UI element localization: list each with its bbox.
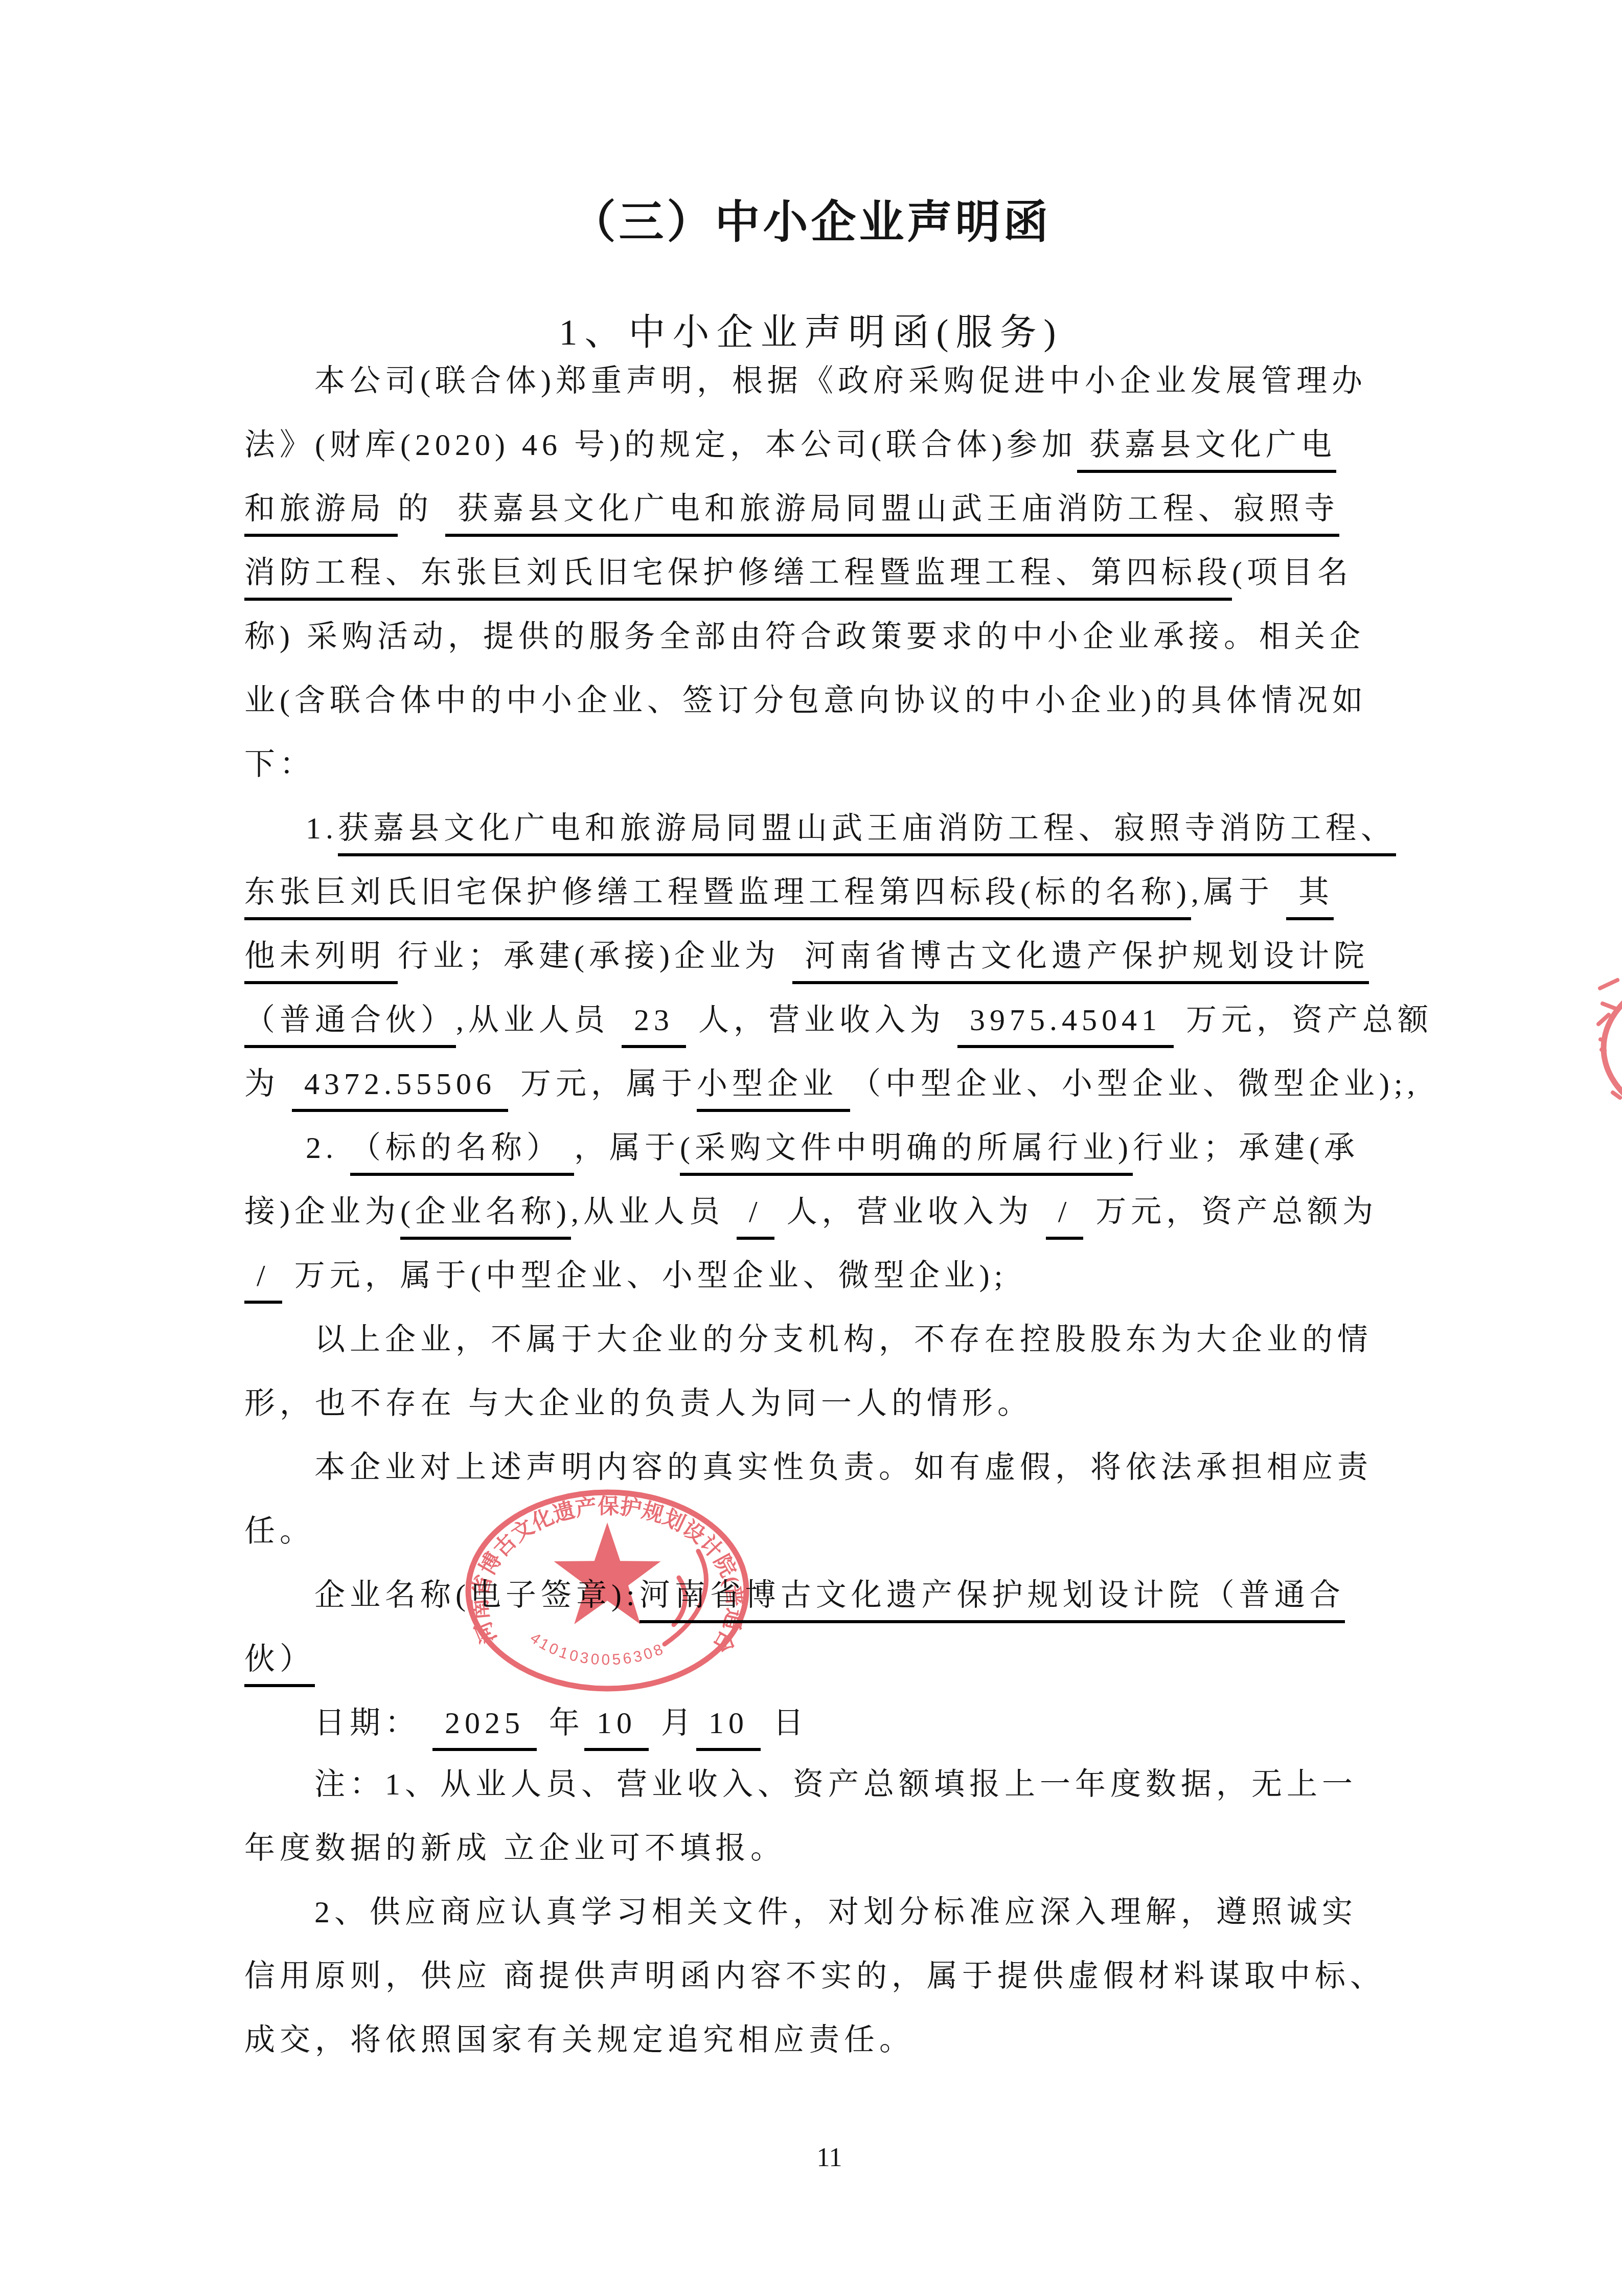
text-segment: 日	[761, 1706, 808, 1740]
text-segment: （中型企业、小型企业、微型企业);,	[850, 1067, 1420, 1101]
document-title: （三）中小企业声明函	[0, 200, 1622, 245]
seal-serial-text: 4101030056308	[527, 1629, 668, 1668]
text-segment: 年	[537, 1706, 584, 1740]
text-line: 注：1、从业人员、营业收入、资产总额填报上一年度数据，无上一	[314, 1769, 1357, 1800]
underlined-text: 2025	[432, 1706, 537, 1751]
text-segment: 本企业对上述声明内容的真实性负责。如有虚假，将依法承担相应责	[314, 1450, 1373, 1484]
text-segment: 注：1、从业人员、营业收入、资产总额填报上一年度数据，无上一	[314, 1767, 1357, 1801]
underlined-text: 伙）	[244, 1642, 315, 1687]
text-segment: 任。	[244, 1514, 315, 1548]
underlined-text: （标的名称）	[350, 1131, 574, 1176]
underlined-text: 东张巨刘氏旧宅保护修缮工程暨监理工程第四标段(标的名称)	[244, 875, 1191, 920]
text-line: / 万元，属于(中型企业、小型企业、微型企业);	[244, 1260, 1007, 1291]
svg-text:4101030056308: 4101030056308	[527, 1629, 668, 1668]
text-line: 成交，将依照国家有关规定追究相应责任。	[244, 2025, 915, 2055]
text-line: 伙）	[244, 1644, 315, 1674]
text-segment: ，属于	[574, 1131, 680, 1165]
page-number: 11	[0, 2145, 1622, 2171]
text-line: 日期： 2025 年 10 月 10 日	[314, 1708, 808, 1738]
underlined-text: /	[1046, 1195, 1084, 1240]
text-line: 为 4372.55506 万元，属于小型企业 （中型企业、小型企业、微型企业);…	[244, 1069, 1420, 1099]
partial-edge-seal	[1551, 964, 1622, 1135]
text-segment: 年度数据的新成 立企业可不填报。	[244, 1831, 786, 1865]
edge-seal-ring	[1604, 967, 1622, 1129]
text-line: 年度数据的新成 立企业可不填报。	[244, 1833, 786, 1863]
underlined-text: 获嘉县文化广电	[1077, 428, 1336, 473]
underlined-text: 获嘉县文化广电和旅游局同盟山武王庙消防工程、寂照寺	[445, 492, 1339, 537]
underlined-text: 其	[1286, 875, 1334, 920]
text-segment: 1、中小企业声明函(服务)	[559, 312, 1063, 353]
text-segment: 称) 采购活动，提供的服务全部由符合政策要求的中小企业承接。相关企	[244, 620, 1365, 653]
text-line: 业(含联合体中的中小企业、签订分包意向协议的中小企业)的具体情况如	[244, 685, 1367, 716]
text-line: 东张巨刘氏旧宅保护修缮工程暨监理工程第四标段(标的名称),属于 其	[244, 877, 1334, 907]
text-line: 消防工程、东张巨刘氏旧宅保护修缮工程暨监理工程、第四标段(项目名	[244, 557, 1353, 588]
underlined-text: (采购文件中明确的所属行业)	[680, 1131, 1133, 1176]
text-segment: 万元，属于	[508, 1067, 697, 1101]
text-segment: ,从业人员	[571, 1195, 737, 1229]
text-line: 2. （标的名称） ，属于(采购文件中明确的所属行业)行业；承建(承	[306, 1132, 1359, 1163]
text-line: 接)企业为(企业名称),从业人员 / 人，营业收入为 / 万元，资产总额为	[244, 1196, 1378, 1227]
text-line: 称) 采购活动，提供的服务全部由符合政策要求的中小企业承接。相关企	[244, 621, 1365, 652]
text-line: 任。	[244, 1516, 315, 1547]
text-line: 他未列明 行业；承建(承接)企业为 河南省博古文化遗产保护规划设计院	[244, 941, 1369, 971]
text-segment: 形，也不存在 与大企业的负责人为同一人的情形。	[244, 1386, 1033, 1420]
company-seal: 河南省博古文化遗产保护规划设计院(普通合伙) 4101030056308	[459, 1486, 756, 1695]
underlined-text: 3975.45041	[957, 1003, 1174, 1048]
underlined-text: 获嘉县文化广电和旅游局同盟山武王庙消防工程、寂照寺消防工程、	[338, 811, 1396, 856]
text-segment: (项目名	[1232, 556, 1353, 589]
text-segment: 日期：	[314, 1706, 432, 1740]
text-line: 1.获嘉县文化广电和旅游局同盟山武王庙消防工程、寂照寺消防工程、	[306, 813, 1396, 844]
text-line: 以上企业，不属于大企业的分支机构，不存在控股股东为大企业的情	[314, 1324, 1373, 1355]
underlined-text: 消防工程、东张巨刘氏旧宅保护修缮工程暨监理工程、第四标段	[244, 556, 1232, 601]
text-segment: 万元，资产总额为	[1083, 1195, 1378, 1229]
text-line: 法》(财库(2020) 46 号)的规定，本公司(联合体)参加 获嘉县文化广电	[244, 429, 1336, 460]
underlined-text: 10	[696, 1706, 761, 1751]
text-segment: 法》(财库(2020) 46 号)的规定，本公司(联合体)参加	[244, 428, 1077, 462]
text-segment: 成交，将依照国家有关规定追究相应责任。	[244, 2023, 915, 2057]
underlined-text: 和旅游局	[244, 492, 398, 537]
underlined-text: （普通合伙）	[244, 1003, 456, 1048]
seal-signature-squiggle	[665, 1551, 706, 1644]
text-segment: 本公司(联合体)郑重声明，根据《政府采购促进中小企业发展管理办	[314, 364, 1367, 398]
seal-star-icon	[554, 1522, 660, 1624]
text-line: 形，也不存在 与大企业的负责人为同一人的情形。	[244, 1388, 1033, 1419]
text-segment: 以上企业，不属于大企业的分支机构，不存在控股股东为大企业的情	[314, 1323, 1373, 1356]
document-page: （三）中小企业声明函1、中小企业声明函(服务)本公司(联合体)郑重声明，根据《政…	[0, 0, 1622, 2296]
underlined-text: 小型企业	[697, 1067, 850, 1112]
text-segment: 1.	[306, 811, 338, 845]
underlined-text: /	[737, 1195, 774, 1240]
text-segment: 万元，属于(中型企业、小型企业、微型企业);	[282, 1259, 1008, 1292]
underlined-text: 23	[622, 1003, 686, 1048]
text-segment: 月	[649, 1706, 696, 1740]
text-segment: 为	[244, 1067, 292, 1101]
text-segment: 2.	[306, 1131, 350, 1165]
text-line: 2、供应商应认真学习相关文件，对划分标准应深入理解，遵照诚实	[314, 1897, 1357, 1927]
text-line: 本企业对上述声明内容的真实性负责。如有虚假，将依法承担相应责	[314, 1452, 1373, 1483]
text-segment: 2、供应商应认真学习相关文件，对划分标准应深入理解，遵照诚实	[314, 1895, 1357, 1929]
text-segment: 下：	[244, 747, 315, 781]
text-segment: 行业；承建(承	[1133, 1131, 1359, 1165]
underlined-text: 10	[584, 1706, 649, 1751]
text-segment: 万元，资产总额	[1174, 1003, 1433, 1037]
text-segment: ,从业人员	[456, 1003, 622, 1037]
underlined-text: 他未列明	[244, 939, 398, 984]
document-subtitle: 1、中小企业声明函(服务)	[0, 314, 1622, 351]
text-segment: 信用原则，供应 商提供声明函内容不实的，属于提供虚假材料谋取中标、	[244, 1959, 1385, 1993]
text-segment: ,属于	[1191, 875, 1286, 909]
text-line: 信用原则，供应 商提供声明函内容不实的，属于提供虚假材料谋取中标、	[244, 1961, 1385, 1991]
text-segment: 的	[398, 492, 445, 526]
text-segment: 人，营业收入为	[686, 1003, 957, 1037]
text-line: 本公司(联合体)郑重声明，根据《政府采购促进中小企业发展管理办	[314, 366, 1367, 396]
underlined-text: 4372.55506	[292, 1067, 508, 1112]
underlined-text: (企业名称)	[400, 1195, 571, 1240]
text-segment: 业(含联合体中的中小企业、签订分包意向协议的中小企业)的具体情况如	[244, 684, 1367, 717]
underlined-text: /	[244, 1259, 282, 1304]
text-segment: 接)企业为	[244, 1195, 400, 1229]
text-line: 和旅游局 的 获嘉县文化广电和旅游局同盟山武王庙消防工程、寂照寺	[244, 493, 1339, 524]
text-segment: 人，营业收入为	[774, 1195, 1046, 1229]
text-line: （普通合伙）,从业人员 23 人，营业收入为 3975.45041 万元，资产总…	[244, 1005, 1433, 1035]
text-segment: 行业；承建(承接)企业为	[398, 939, 792, 973]
text-segment: （三）中小企业声明函	[570, 198, 1051, 247]
text-line: 下：	[244, 749, 315, 780]
edge-seal-glyph-fragments	[1598, 980, 1620, 1098]
underlined-text: 河南省博古文化遗产保护规划设计院	[792, 939, 1369, 984]
